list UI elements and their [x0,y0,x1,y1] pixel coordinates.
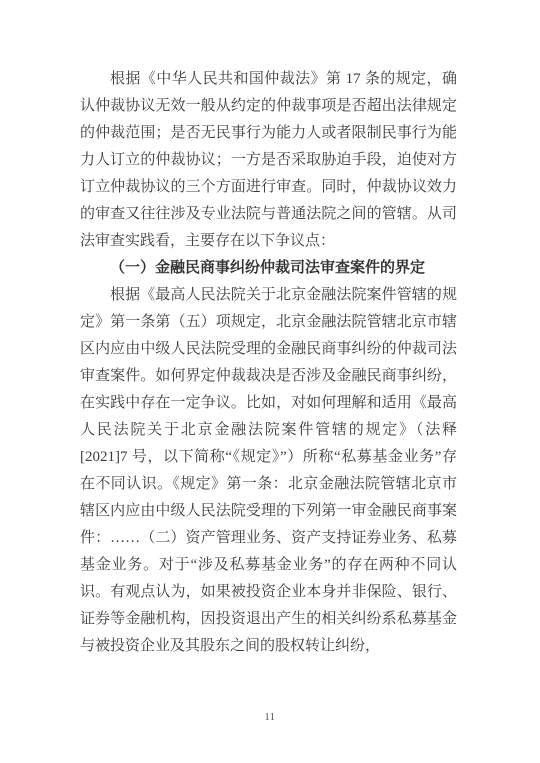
body-paragraph: 根据《中华人民共和国仲裁法》第 17 条的规定，确认仲裁协议无效一般从约定的仲裁… [80,66,457,255]
body-paragraph: 根据《最高人民法院关于北京金融法院案件管辖的规定》第一条第（五）项规定，北京金融… [80,282,457,660]
document-body: 根据《中华人民共和国仲裁法》第 17 条的规定，确认仲裁协议无效一般从约定的仲裁… [80,66,457,660]
section-heading: （一）金融民商事纠纷仲裁司法审查案件的界定 [80,255,457,282]
page-number: 11 [0,712,540,723]
document-page: 根据《中华人民共和国仲裁法》第 17 条的规定，确认仲裁协议无效一般从约定的仲裁… [0,0,540,763]
